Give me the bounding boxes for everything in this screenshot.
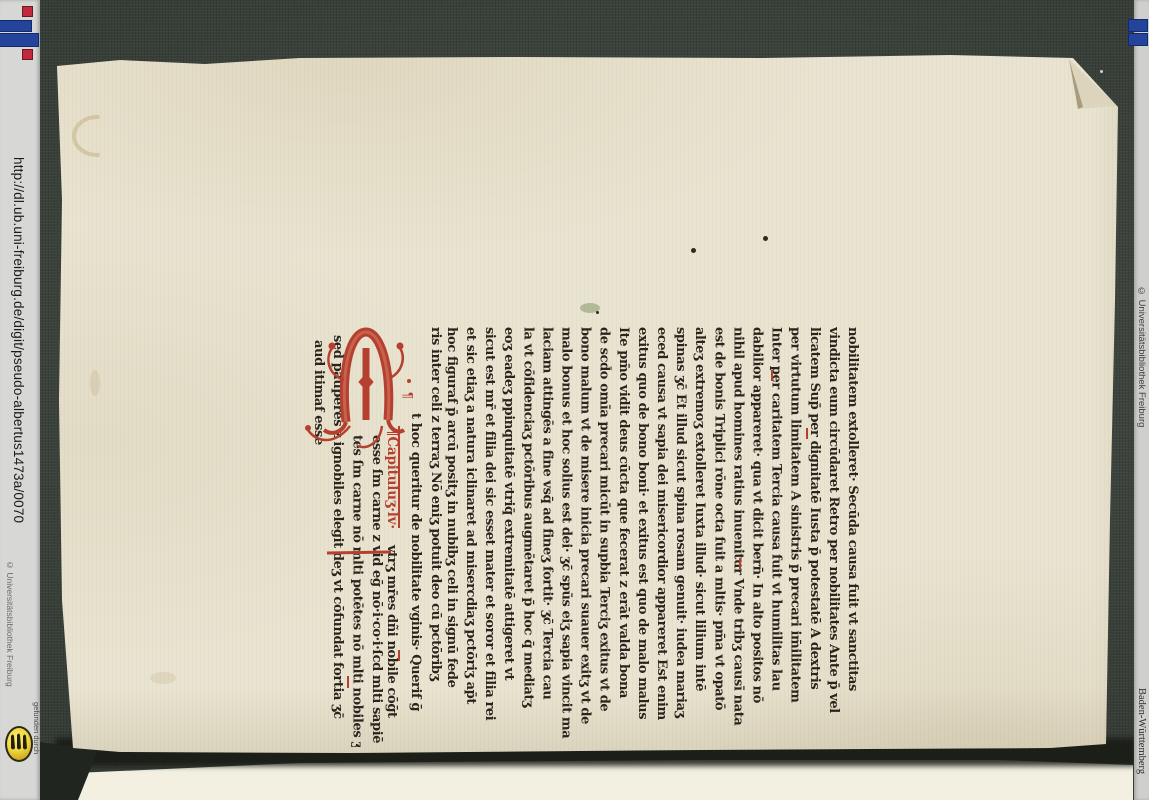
text-line: tes ſm carne nō mlti potētes nō mlti nob… xyxy=(345,435,365,747)
text-line: alteʒ extremoʒ extolleret Iuxta illud· s… xyxy=(687,327,707,747)
registration-mark-blue xyxy=(0,33,39,47)
manuscript-page: nobilitatem extolleret· Secūda causa fui… xyxy=(0,0,1149,800)
text-line: eoʒ eadeʒ ppinquitatē vtriq̄ extremitatē… xyxy=(496,327,516,747)
text-line: nihil apud homines ratius inuenitur Vnde… xyxy=(725,327,745,747)
text-line: Ite pm̄o vidit deus cūcta que fecerat z … xyxy=(611,327,631,747)
text-line: exitus quo de bono boni· et exitus est q… xyxy=(630,327,650,747)
text-line: vindicta eum circūdaret Retro per nobili… xyxy=(821,327,841,747)
text-line: vtrʒ mr̄es dñi nobile cōḡt xyxy=(384,545,399,718)
found-by-label: gefunden durch xyxy=(32,702,41,754)
copyright-label: © Universitätsbibliothek Freiburg xyxy=(5,560,15,687)
text-line: per virtutum limitatem A sinistris p̄ pr… xyxy=(783,327,803,747)
red-capital-stroke xyxy=(739,558,741,569)
text-line: et sic etiaʒ a natura iclinaret ad miser… xyxy=(458,327,478,747)
text-line: licatem Sup̄ per dignitatē Iusta p̄ pote… xyxy=(802,327,822,747)
text-line: la vt cōfidenciaʒ pctōribus augmētaret p… xyxy=(515,327,535,747)
baden-wuerttemberg-crest-icon xyxy=(5,726,33,762)
registration-mark-red xyxy=(22,49,33,60)
stain xyxy=(90,370,100,396)
ink-speck xyxy=(691,248,696,253)
text-line: de scd̄o omīa precari micūt in supbia Te… xyxy=(592,327,612,747)
red-capital-stroke xyxy=(806,428,808,439)
ink-speck xyxy=(596,311,599,314)
chapter-rubric-strip: ¶Capituluʒ·lv· vtrʒ mr̄es dñi nobile cōḡ… xyxy=(384,428,404,748)
registration-mark-red xyxy=(22,6,33,17)
stain xyxy=(72,115,122,157)
text-line: nobilitatem extolleret· Secūda causa fui… xyxy=(840,327,860,747)
red-capital-stroke xyxy=(347,676,349,688)
text-line: est de bonis Triplici rōne octa fuit a m… xyxy=(706,327,726,747)
text-line: malo bonus et hoc solius est dei· ʒc̄ sp… xyxy=(554,327,574,747)
text-line: bono malum vt de misere inicia precari s… xyxy=(573,327,593,747)
text-line: ris inter celi z terraʒ Nō eniʒ potuit d… xyxy=(423,327,443,747)
illuminated-initial-E xyxy=(296,314,416,454)
red-capital-stroke xyxy=(398,650,400,661)
chapter-first-line: t hoc queritur de nobilitate vginis· Que… xyxy=(403,413,423,747)
text-line: dabilior appareret· qua vt dicit bern̄· … xyxy=(745,327,765,747)
text-line: esse ſm carne z vid eḡ nō·i·co·i·ſcd̄ ml… xyxy=(364,435,384,747)
text-line: Inter per caritatem Tercia causa fuit vt… xyxy=(764,327,784,747)
scanned-book-photograph: nobilitatem extolleret· Secūda causa fui… xyxy=(0,0,1149,800)
text-line: eced causa vt sapia dei misericordior ap… xyxy=(649,327,669,747)
registration-mark-blue xyxy=(0,20,32,32)
text-line: spinas ʒc̄ Et illud sicut spina rosam ge… xyxy=(668,327,688,747)
stain xyxy=(150,672,176,684)
text-line: laciam attingēs a fine vsq̄ ad fineʒ for… xyxy=(534,327,554,747)
registration-mark-blue xyxy=(1128,19,1148,32)
scanner-frame-left: http://dl.ub.uni-freiburg.de/digit/pseud… xyxy=(0,0,40,800)
ink-speck xyxy=(763,236,768,241)
region-label: Baden-Württemberg xyxy=(1136,688,1147,774)
copyright-label: © Universitätsbibliothek Freiburg xyxy=(1136,286,1147,427)
registration-mark-blue xyxy=(1128,33,1148,46)
text-line: sicut est mr̄ et filia dei sic esset mat… xyxy=(477,327,497,747)
document-url-label: http://dl.ub.uni-freiburg.de/digit/pseud… xyxy=(11,157,26,523)
red-capital-stroke xyxy=(771,370,773,381)
dust-speck xyxy=(1100,70,1103,73)
